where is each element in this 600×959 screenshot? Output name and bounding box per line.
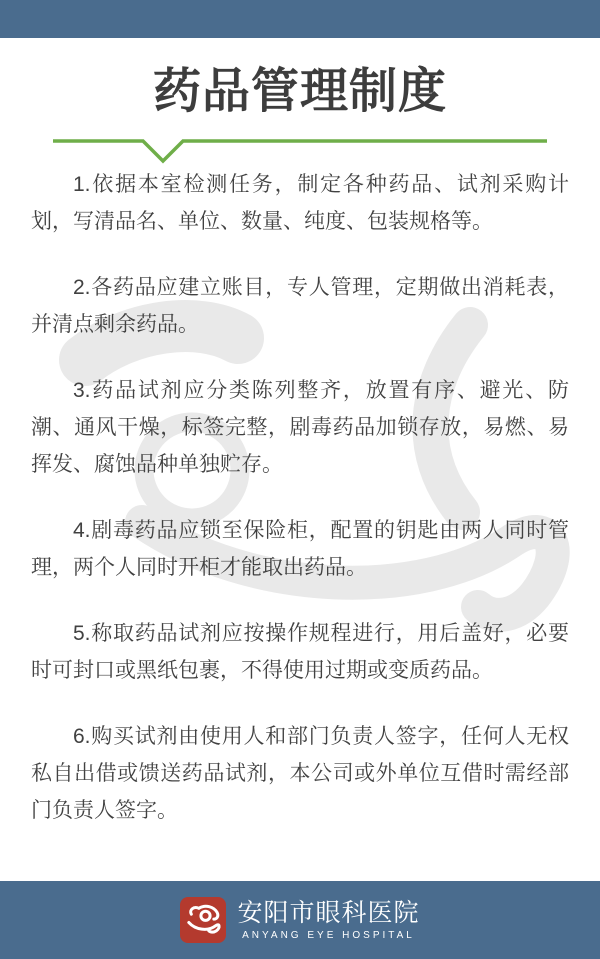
- policy-item-2: 2.各药品应建立账目，专人管理，定期做出消耗表，并清点剩余药品。: [31, 269, 569, 343]
- page-title: 药品管理制度: [0, 52, 600, 121]
- hospital-name-zh: 安阳市眼科医院: [237, 900, 419, 927]
- footer-bar: 安阳市眼科医院 ANYANG EYE HOSPITAL: [0, 881, 600, 959]
- policy-item-6: 6.购买试剂由使用人和部门负责人签字，任何人无权私自出借或馈送药品试剂，本公司或…: [31, 718, 569, 829]
- policy-text-block: 1.依据本室检测任务，制定各种药品、试剂采购计划，写清品名、单位、数量、纯度、包…: [31, 166, 569, 858]
- eye-icon: [183, 900, 223, 940]
- policy-item-3: 3.药品试剂应分类陈列整齐，放置有序、避光、防潮、通风干燥，标签完整，剧毒药品加…: [31, 372, 569, 483]
- hospital-logo: [180, 897, 226, 943]
- policy-item-4: 4.剧毒药品应锁至保险柜，配置的钥匙由两人同时管理，两个人同时开柜才能取出药品。: [31, 512, 569, 586]
- policy-item-5: 5.称取药品试剂应按操作规程进行，用后盖好，必要时可封口或黑纸包裹，不得使用过期…: [31, 615, 569, 689]
- policy-item-1: 1.依据本室检测任务，制定各种药品、试剂采购计划，写清品名、单位、数量、纯度、包…: [31, 166, 569, 240]
- top-border-bar: [0, 0, 600, 38]
- hospital-name-en: ANYANG EYE HOSPITAL: [237, 930, 419, 941]
- title-divider-chevron: [53, 139, 547, 165]
- policy-poster: 药品管理制度 1.依据本室检测任务，制定各种药品、试剂采购计划，写清品名、单位、…: [0, 0, 600, 959]
- hospital-name-block: 安阳市眼科医院 ANYANG EYE HOSPITAL: [237, 900, 419, 941]
